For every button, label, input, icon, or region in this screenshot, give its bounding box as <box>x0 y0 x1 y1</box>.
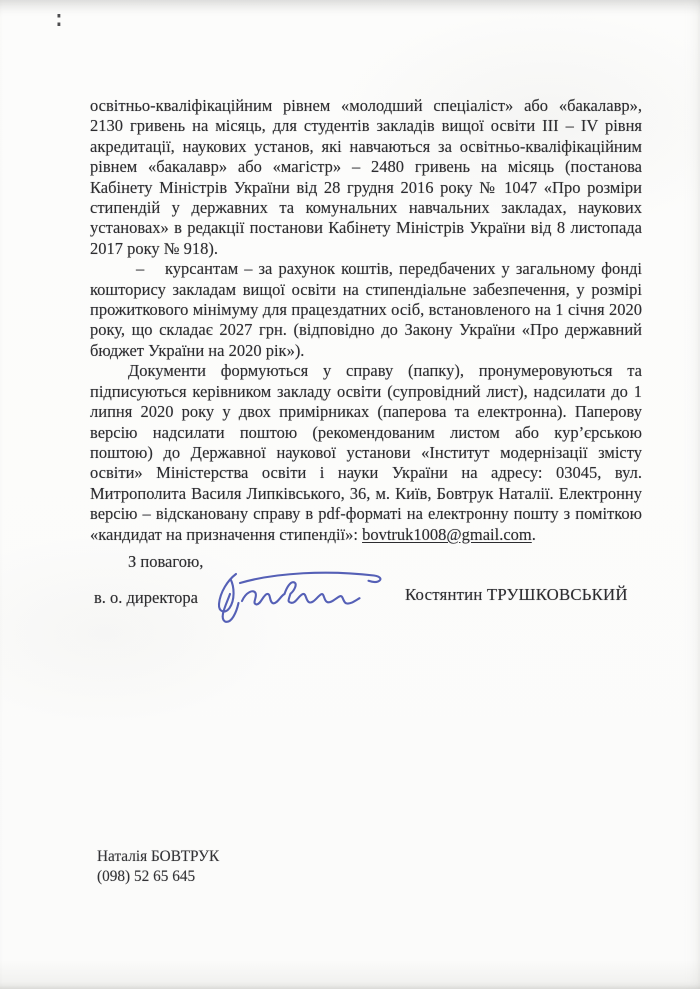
email-link[interactable]: bovtruk1008@gmail.com <box>362 525 532 544</box>
contact-person-name: Наталія БОВТРУК <box>97 847 219 867</box>
handwritten-signature <box>206 562 392 626</box>
signer-name: Костянтин ТРУШКОВСЬКИЙ <box>405 585 628 605</box>
contact-block: Наталія БОВТРУК (098) 52 65 645 <box>97 847 219 886</box>
list-dash-marker: – <box>113 259 165 279</box>
paragraph-cadets-text: курсантам – за рахунок коштів, передбаче… <box>90 259 642 360</box>
paragraph-stipend-amounts: освітньо-кваліфікаційним рівнем «молодши… <box>90 96 642 259</box>
contact-phone: (098) 52 65 645 <box>97 867 219 887</box>
paragraph-documents-text: Документи формуються у справу (папку), п… <box>90 361 642 543</box>
paragraph-documents: Документи формуються у справу (папку), п… <box>90 361 642 545</box>
letter-body: освітньо-кваліфікаційним рівнем «молодши… <box>90 96 642 545</box>
sentence-period: . <box>532 525 536 544</box>
signer-title: в. о. директора <box>94 588 198 608</box>
salutation-text: З повагою, <box>128 552 203 572</box>
scanned-letter-page: : освітньо-кваліфікаційним рівнем «молод… <box>0 0 700 989</box>
scan-artifact-colon: : <box>52 6 66 32</box>
paragraph-cadets: –курсантам – за рахунок коштів, передбач… <box>90 259 642 361</box>
